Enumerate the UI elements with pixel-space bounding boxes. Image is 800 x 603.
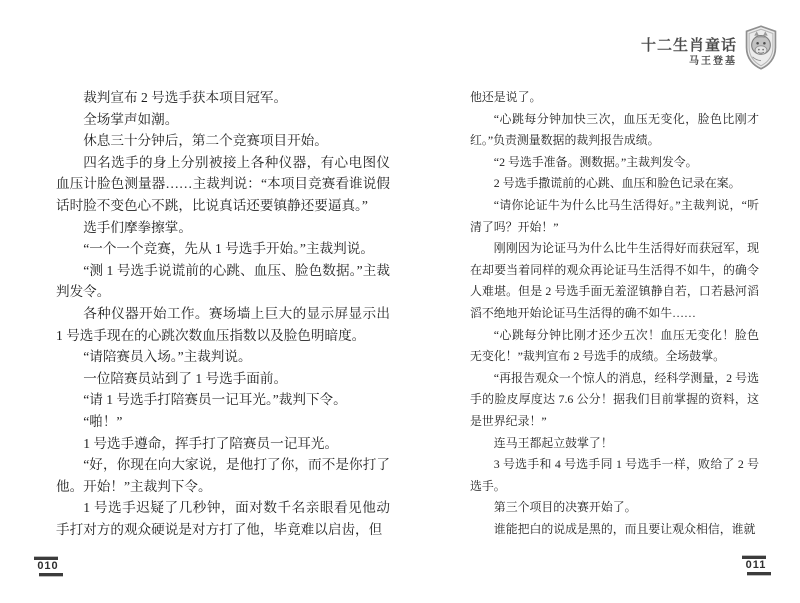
- paragraph: 刚刚因为论证马为什么比牛生活得好而获冠军，现在却要当着同样的观众再论证马生活得不…: [470, 238, 759, 324]
- left-page-text: 裁判宣布 2 号选手获本项目冠军。 全场掌声如潮。 休息三十分钟后，第二个竞赛项…: [56, 87, 390, 540]
- paragraph: 第三个项目的决赛开始了。: [470, 497, 759, 519]
- horse-shield-icon: [744, 24, 778, 71]
- paragraph: “请 1 号选手打陪赛员一记耳光。”裁判下令。: [56, 389, 390, 411]
- paragraph: “啪！”: [56, 411, 390, 433]
- paragraph: “心跳每分钟加快三次，血压无变化，脸色比刚才红。”负责测量数据的裁判报告成绩。: [470, 109, 759, 152]
- page-number-value: 010: [36, 560, 60, 573]
- paragraph: “2 号选手准备。测数据。”主裁判发令。: [470, 152, 759, 174]
- page-number-rule-bottom: [747, 572, 771, 575]
- page-number-left: 010: [36, 557, 60, 576]
- paragraph: 一位陪赛员站到了 1 号选手面前。: [56, 368, 390, 390]
- paragraph: 各种仪器开始工作。赛场墙上巨大的显示屏显示出 1 号选手现在的心跳次数血压指数以…: [56, 303, 390, 346]
- paragraph: 全场掌声如潮。: [56, 109, 390, 131]
- paragraph: “一个一个竞赛，先从 1 号选手开始。”主裁判说。: [56, 238, 390, 260]
- page-number-rule-bottom: [39, 573, 63, 576]
- page-number-rule-top: [34, 557, 58, 560]
- paragraph: 谁能把白的说成是黑的，而且要让观众相信，谁就: [470, 519, 759, 541]
- right-page-text: 他还是说了。 “心跳每分钟加快三次，血压无变化，脸色比刚才红。”负责测量数据的裁…: [470, 87, 759, 540]
- paragraph: “测 1 号选手说谎前的心跳、血压、脸色数据。”主裁判发令。: [56, 260, 390, 303]
- paragraph: 连马王都起立鼓掌了！: [470, 433, 759, 455]
- paragraph: “请你论证牛为什么比马生活得好。”主裁判说，“听清了吗？开始！”: [470, 195, 759, 238]
- paragraph: “再报告观众一个惊人的消息，经科学测量，2 号选手的脸皮厚度达 7.6 公分！据…: [470, 368, 759, 433]
- paragraph: 2 号选手撒谎前的心跳、血压和脸色记录在案。: [470, 173, 759, 195]
- book-title: 马王登基: [641, 55, 737, 68]
- paragraph: “好，你现在向大家说，是他打了你，而不是你打了他。开始！”主裁判下令。: [56, 454, 390, 497]
- page-number-rule-top: [742, 556, 766, 559]
- paragraph: 他还是说了。: [470, 87, 759, 109]
- paragraph: 1 号选手迟疑了几秒钟，面对数千名亲眼看见他动手打对方的观众硬说是对方打了他，毕…: [56, 497, 390, 540]
- header-logo: 十二生肖童话 马王登基: [641, 24, 778, 71]
- paragraph: 3 号选手和 4 号选手同 1 号选手一样，败给了 2 号选手。: [470, 454, 759, 497]
- header-logo-text: 十二生肖童话 马王登基: [641, 27, 737, 68]
- paragraph: 四名选手的身上分别被接上各种仪器，有心电图仪血压计脸色测量器……主裁判说：“本项…: [56, 152, 390, 217]
- paragraph: “请陪赛员入场。”主裁判说。: [56, 346, 390, 368]
- paragraph: 休息三十分钟后，第二个竞赛项目开始。: [56, 130, 390, 152]
- paragraph: “心跳每分钟比刚才还少五次！血压无变化！脸色无变化！”裁判宣布 2 号选手的成绩…: [470, 325, 759, 368]
- page-number-right: 011: [744, 556, 768, 575]
- paragraph: 裁判宣布 2 号选手获本项目冠军。: [56, 87, 390, 109]
- series-title: 十二生肖童话: [641, 37, 737, 54]
- paragraph: 选手们摩拳擦掌。: [56, 217, 390, 239]
- page-number-value: 011: [744, 559, 768, 572]
- paragraph: 1 号选手遵命，挥手打了陪赛员一记耳光。: [56, 433, 390, 455]
